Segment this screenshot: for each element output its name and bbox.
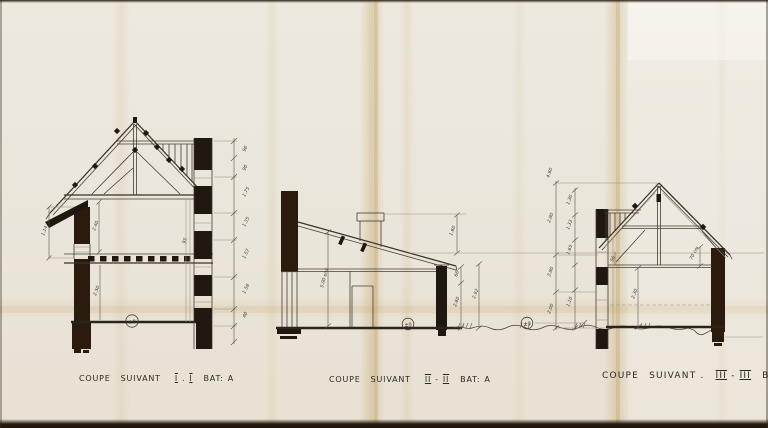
dim-label: 1.30 xyxy=(565,194,574,206)
drawing-linework: 2.40 2.50 95 1.14 xyxy=(0,0,768,428)
caption-section-1: COUPESUIVANTI.IBAT:A xyxy=(79,374,234,383)
section-II-interior-dim: 5.00 env xyxy=(319,230,331,329)
section-numeral: II xyxy=(424,375,432,384)
dim-label: 1.10 xyxy=(565,296,574,308)
caption-word: BAT: xyxy=(762,371,768,381)
section-numeral: II xyxy=(442,375,450,384)
dim-label: 90 xyxy=(241,164,249,172)
caption-word: SUIVANT . xyxy=(649,371,704,381)
section-numeral: I xyxy=(174,374,179,383)
dim-label: 40 xyxy=(241,311,249,319)
caption-section-3: COUPESUIVANT .III-IIIBAT:B. xyxy=(602,371,768,381)
level-marker-section-III: ±0 xyxy=(521,317,587,329)
building-letter: A xyxy=(484,375,490,384)
numeral-separator: - xyxy=(731,371,735,381)
dim-label: 1.14 xyxy=(40,225,49,237)
section-numeral: III xyxy=(715,371,729,381)
dim-label: 2.00 xyxy=(546,303,555,315)
section-numeral: III xyxy=(739,371,753,381)
section-III-drawing: 56 2.30 70 cm 4.60 xyxy=(521,167,763,349)
dim-label: 3.80 xyxy=(546,266,555,278)
level-label: ±0 xyxy=(128,320,135,326)
scanned-architectural-drawing: 2.40 2.50 95 1.14 xyxy=(0,0,768,428)
dim-label: 1.57 xyxy=(241,248,251,260)
caption-word: BAT: xyxy=(204,374,224,383)
level-marker-section-II: ±0 xyxy=(402,318,414,330)
dim-label: 1.60 xyxy=(448,225,457,237)
dim-label: 5.00 env xyxy=(319,267,330,288)
dim-label: 1.65 xyxy=(565,244,574,256)
caption-word: COUPE xyxy=(329,375,361,384)
section-numeral: I xyxy=(188,374,193,383)
dim-label: 2.60 xyxy=(452,296,461,308)
numeral-separator: . xyxy=(182,374,185,383)
dim-label: 2.80 xyxy=(546,212,555,224)
section-III-left-dims: 4.60 2.80 3.80 2.00 1.30 1.33 1.65 1.10 xyxy=(545,167,658,331)
dim-label: 4.60 xyxy=(545,167,554,179)
dim-label: 1.75 xyxy=(241,186,251,198)
caption-word: COUPE xyxy=(79,374,111,383)
dim-label: 95 xyxy=(181,237,189,245)
dim-label: 1.56 xyxy=(241,283,251,295)
dim-label: 96 xyxy=(241,145,249,153)
dim-label: 56 xyxy=(609,255,617,263)
caption-word: COUPE xyxy=(602,371,639,381)
caption-word: SUIVANT xyxy=(371,375,411,384)
caption-section-2: COUPESUIVANTII-IIBAT:A xyxy=(329,375,491,384)
level-label: ±0 xyxy=(404,323,411,329)
section-I-right-dims: 96 90 1.75 1.35 1.57 1.56 40 xyxy=(214,138,251,345)
dim-label: 66 xyxy=(453,270,461,278)
section-I-drawing: 2.40 2.50 95 1.14 xyxy=(40,117,251,353)
dim-label: 1.33 xyxy=(565,219,574,231)
caption-word: BAT: xyxy=(460,375,480,384)
building-letter: A xyxy=(228,374,234,383)
dim-label: 1.35 xyxy=(241,216,251,228)
section-III-interior-dims: 56 2.30 70 cm xyxy=(609,245,703,330)
numeral-separator: - xyxy=(435,375,439,384)
level-label: ±0 xyxy=(523,322,530,328)
caption-word: SUIVANT xyxy=(121,374,161,383)
